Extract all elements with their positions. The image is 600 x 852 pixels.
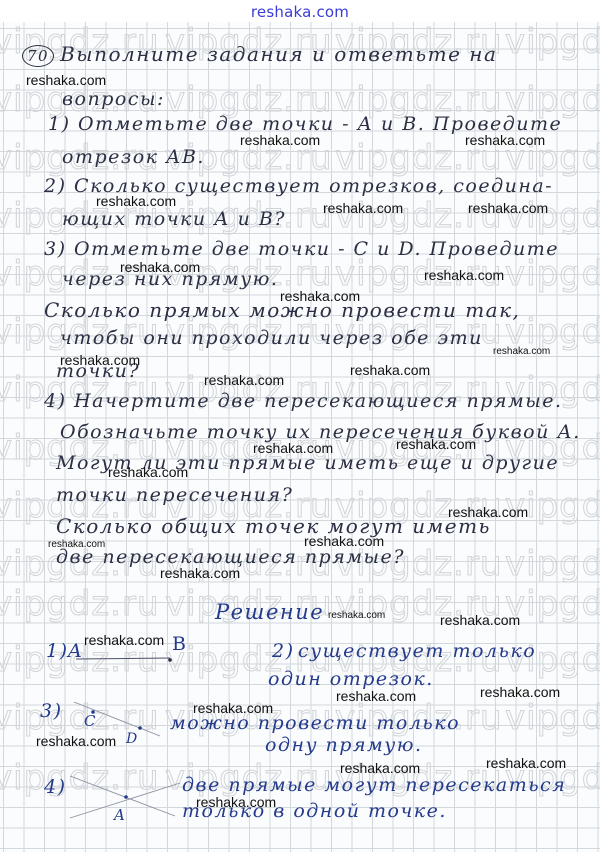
watermark-reshaka: reshaka.com <box>440 612 520 628</box>
watermark-reshaka: reshaka.com <box>340 760 420 776</box>
watermark-reshaka: reshaka.com <box>108 464 188 480</box>
watermark-reshaka: reshaka.com <box>193 700 273 716</box>
watermark-reshaka: reshaka.com <box>480 684 560 700</box>
watermark-reshaka: reshaka.com <box>396 436 476 452</box>
watermark-reshaka: reshaka.com <box>240 132 320 148</box>
watermark-reshaka: reshaka.com <box>486 755 566 771</box>
watermark-reshaka: reshaka.com <box>336 688 416 704</box>
watermark-reshaka: reshaka.com <box>328 610 385 621</box>
watermark-reshaka: reshaka.com <box>26 72 106 88</box>
watermark-reshaka: reshaka.com <box>493 346 550 357</box>
watermark-reshaka: reshaka.com <box>84 632 164 648</box>
watermark-reshaka: reshaka.com <box>48 539 105 550</box>
watermark-reshaka: reshaka.com <box>448 504 528 520</box>
watermark-reshaka: reshaka.com <box>60 352 140 368</box>
watermark-reshaka: reshaka.com <box>253 440 333 456</box>
intersecting-lines-figure <box>0 0 600 852</box>
watermark-reshaka: reshaka.com <box>350 362 430 378</box>
watermark-reshaka: reshaka.com <box>465 132 545 148</box>
watermark-reshaka: reshaka.com <box>196 794 276 810</box>
watermark-reshaka: reshaka.com <box>424 267 504 283</box>
watermark-reshaka: reshaka.com <box>120 259 200 275</box>
answer-4-point-a: A <box>114 806 126 824</box>
watermark-reshaka: reshaka.com <box>36 733 116 749</box>
watermark-reshaka: reshaka.com <box>304 533 384 549</box>
watermark-reshaka: reshaka.com <box>323 200 403 216</box>
watermark-reshaka: reshaka.com <box>204 372 284 388</box>
answer-4-line-1: две прямые могут пересекаться <box>182 774 566 796</box>
watermark-reshaka: reshaka.com <box>160 565 240 581</box>
watermark-reshaka: reshaka.com <box>468 200 548 216</box>
watermark-reshaka: reshaka.com <box>96 193 176 209</box>
watermark-reshaka: reshaka.com <box>280 288 360 304</box>
